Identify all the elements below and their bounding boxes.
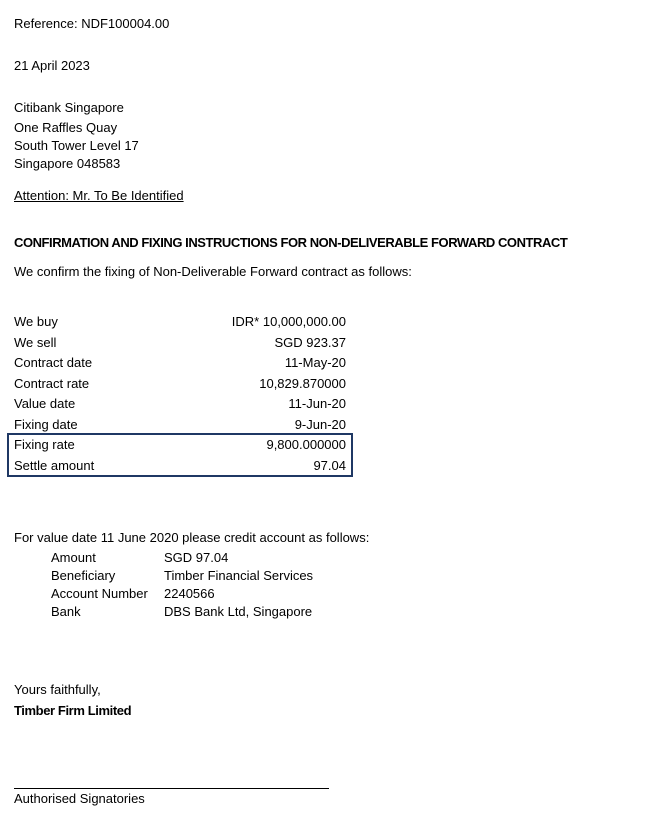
- term-label: Settle amount: [14, 457, 94, 478]
- payment-intro: For value date 11 June 2020 please credi…: [14, 530, 369, 546]
- term-row: Fixing date 9-Jun-20: [14, 416, 346, 437]
- address-line: South Tower Level 17: [14, 138, 139, 154]
- closing-salutation: Yours faithfully,: [14, 682, 101, 698]
- term-label: We sell: [14, 334, 56, 355]
- term-value: 10,829.870000: [259, 375, 346, 396]
- term-label: We buy: [14, 313, 58, 334]
- payment-details: Amount SGD 97.04 Beneficiary Timber Fina…: [51, 550, 313, 622]
- payment-row: Amount SGD 97.04: [51, 550, 313, 568]
- payment-value: 2240566: [164, 586, 215, 604]
- term-row: We sell SGD 923.37: [14, 334, 346, 355]
- term-row: Contract rate 10,829.870000: [14, 375, 346, 396]
- payment-value: Timber Financial Services: [164, 568, 313, 586]
- document-title: CONFIRMATION AND FIXING INSTRUCTIONS FOR…: [14, 235, 567, 251]
- payment-label: Account Number: [51, 586, 164, 604]
- address-line: Singapore 048583: [14, 156, 120, 172]
- term-row-fixing-rate: Fixing rate 9,800.000000: [14, 436, 346, 457]
- payment-label: Beneficiary: [51, 568, 164, 586]
- term-label: Contract date: [14, 354, 92, 375]
- address-line: One Raffles Quay: [14, 120, 117, 136]
- term-value: 9,800.000000: [266, 436, 346, 457]
- letter-date: 21 April 2023: [14, 58, 90, 74]
- term-label: Fixing rate: [14, 436, 75, 457]
- term-label: Contract rate: [14, 375, 89, 396]
- payment-value: DBS Bank Ltd, Singapore: [164, 604, 312, 622]
- intro-text: We confirm the fixing of Non-Deliverable…: [14, 264, 412, 280]
- address-line: Citibank Singapore: [14, 100, 124, 116]
- payment-label: Bank: [51, 604, 164, 622]
- payment-value: SGD 97.04: [164, 550, 228, 568]
- term-value: IDR* 10,000,000.00: [232, 313, 346, 334]
- payment-label: Amount: [51, 550, 164, 568]
- reference: Reference: NDF100004.00: [14, 16, 169, 32]
- term-row: Value date 11-Jun-20: [14, 395, 346, 416]
- term-value: 97.04: [313, 457, 346, 478]
- term-value: SGD 923.37: [274, 334, 346, 355]
- term-value: 9-Jun-20: [295, 416, 346, 437]
- term-row-settle-amount: Settle amount 97.04: [14, 457, 346, 478]
- term-value: 11-Jun-20: [288, 395, 346, 416]
- contract-terms-table: We buy IDR* 10,000,000.00 We sell SGD 92…: [14, 313, 346, 477]
- term-label: Fixing date: [14, 416, 78, 437]
- term-value: 11-May-20: [285, 354, 346, 375]
- term-label: Value date: [14, 395, 75, 416]
- signatory-label: Authorised Signatories: [14, 791, 145, 807]
- term-row: Contract date 11-May-20: [14, 354, 346, 375]
- payment-row: Beneficiary Timber Financial Services: [51, 568, 313, 586]
- term-row: We buy IDR* 10,000,000.00: [14, 313, 346, 334]
- signature-line: [14, 788, 329, 789]
- company-name: Timber Firm Limited: [14, 703, 131, 719]
- attention-line: Attention: Mr. To Be Identified: [14, 188, 184, 204]
- payment-row: Bank DBS Bank Ltd, Singapore: [51, 604, 313, 622]
- payment-row: Account Number 2240566: [51, 586, 313, 604]
